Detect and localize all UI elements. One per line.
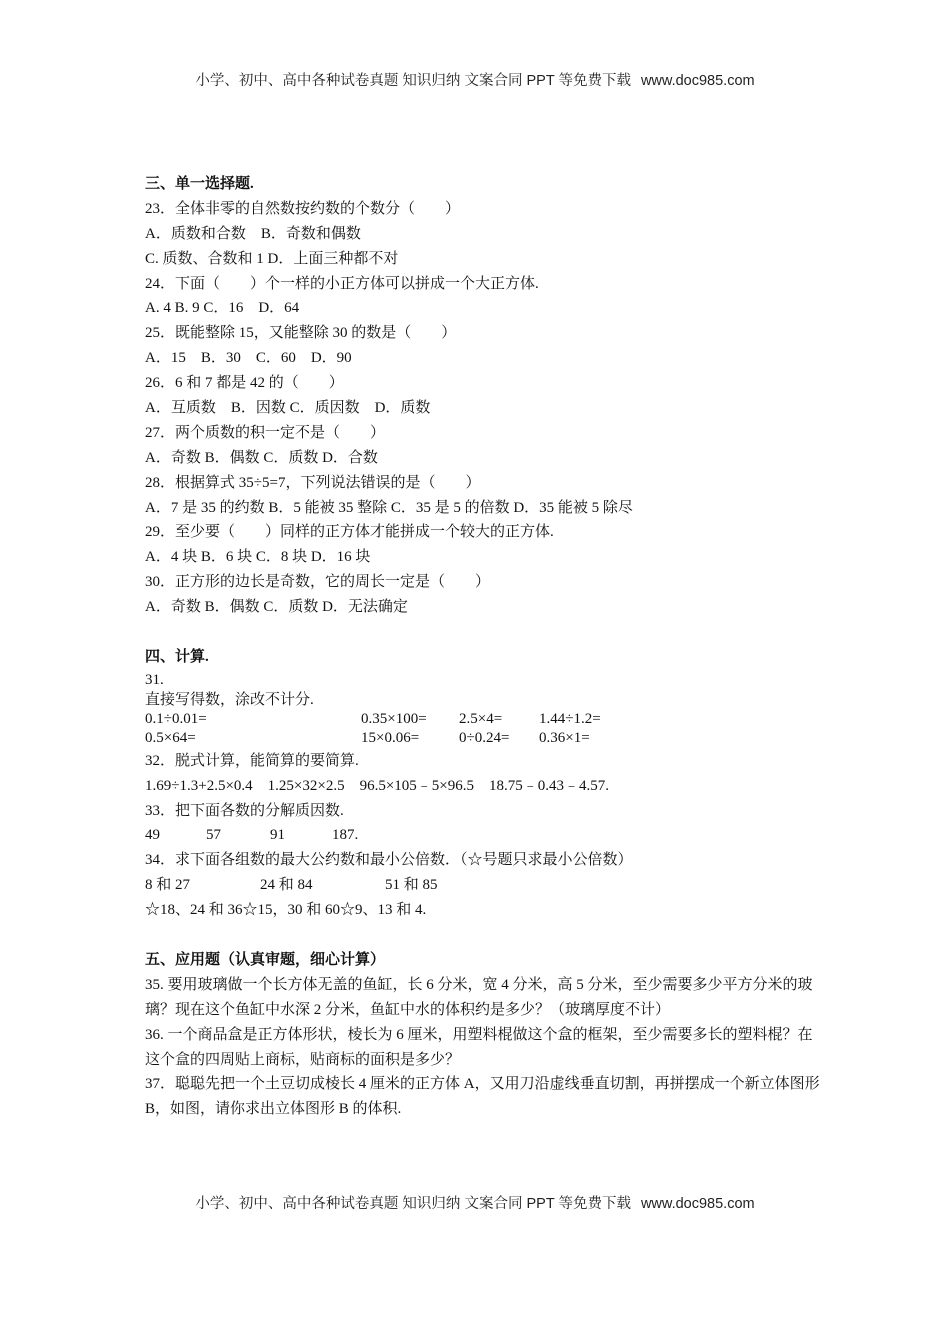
question-35: 35. 要用玻璃做一个长方体无盖的鱼缸，长 6 分米，宽 4 分米，高 5 分米… [145, 973, 825, 1023]
header-text: 小学、初中、高中各种试卷真题 知识归纳 文案合同 PPT 等免费下载 [195, 73, 631, 89]
pair-item: 8 和 27 [145, 873, 260, 898]
question-26-options: A．互质数 B．因数 C．质因数 D．质数 [145, 396, 825, 421]
section-title-choice: 三、单一选择题. [145, 172, 825, 197]
spacer [145, 620, 825, 645]
footer-text: 小学、初中、高中各种试卷真题 知识归纳 文案合同 PPT 等免费下载 [195, 1196, 631, 1212]
calc-row-1: 0.1÷0.01= 0.35×100= 2.5×4= 1.44÷1.2= [145, 710, 825, 730]
calc-item: 15×0.06= [361, 729, 459, 749]
question-34-star-line: ☆18、24 和 36☆15，30 和 60☆9、13 和 4. [145, 898, 825, 923]
question-34-pairs: 8 和 2724 和 8451 和 85 [145, 873, 825, 898]
section-title-calc: 四、计算. [145, 645, 825, 670]
question-26: 26．6 和 7 都是 42 的（ ） [145, 371, 825, 396]
question-29: 29．至少要（ ）同样的正方体才能拼成一个较大的正方体. [145, 520, 825, 545]
page-header: 小学、初中、高中各种试卷真题 知识归纳 文案合同 PPT 等免费下载www.do… [0, 69, 950, 90]
question-30: 30．正方形的边长是奇数，它的周长一定是（ ） [145, 570, 825, 595]
question-28: 28．根据算式 35÷5=7，下列说法错误的是（ ） [145, 471, 825, 496]
question-27-options: A．奇数 B．偶数 C．质数 D．合数 [145, 446, 825, 471]
section-title-application: 五、应用题（认真审题，细心计算） [145, 948, 825, 973]
question-31-number: 31. [145, 670, 825, 690]
calc-item: 0÷0.24= [459, 729, 539, 749]
question-24-options: A. 4 B. 9 C．16 D．64 [145, 296, 825, 321]
question-24: 24．下面（ ）个一样的小正方体可以拼成一个大正方体. [145, 272, 825, 297]
calc-item: 0.1÷0.01= [145, 710, 361, 730]
calc-item: 0.36×1= [539, 729, 629, 749]
question-25: 25．既能整除 15，又能整除 30 的数是（ ） [145, 321, 825, 346]
question-36: 36. 一个商品盒是正方体形状，棱长为 6 厘米，用塑料棍做这个盒的框架，至少需… [145, 1023, 825, 1073]
question-29-options: A．4 块 B．6 块 C．8 块 D．16 块 [145, 545, 825, 570]
header-site: www.doc985.com [641, 73, 755, 89]
calc-item: 2.5×4= [459, 710, 539, 730]
question-23-options-1: A．质数和合数 B．奇数和偶数 [145, 222, 825, 247]
question-37: 37．聪聪先把一个土豆切成棱长 4 厘米的正方体 A，又用刀沿虚线垂直切割，再拼… [145, 1072, 825, 1122]
footer-site: www.doc985.com [641, 1196, 755, 1212]
number-item: 187. [332, 823, 358, 848]
calc-item: 1.44÷1.2= [539, 710, 629, 730]
question-33: 33．把下面各数的分解质因数. [145, 799, 825, 824]
calc-item: 0.35×100= [361, 710, 459, 730]
document-body: 三、单一选择题. 23．全体非零的自然数按约数的个数分（ ） A．质数和合数 B… [145, 172, 825, 1122]
calc-item: 0.5×64= [145, 729, 361, 749]
question-33-numbers: 495791187. [145, 823, 825, 848]
question-25-options: A．15 B．30 C．60 D．90 [145, 346, 825, 371]
number-item: 57 [206, 823, 270, 848]
page-footer: 小学、初中、高中各种试卷真题 知识归纳 文案合同 PPT 等免费下载www.do… [0, 1192, 950, 1213]
question-32: 32．脱式计算，能简算的要简算. [145, 749, 825, 774]
question-31-instruction: 直接写得数，涂改不计分. [145, 690, 825, 710]
spacer [145, 923, 825, 948]
question-28-options: A．7 是 35 的约数 B．5 能被 35 整除 C．35 是 5 的倍数 D… [145, 496, 825, 521]
question-34: 34．求下面各组数的最大公约数和最小公倍数．（☆号题只求最小公倍数） [145, 848, 825, 873]
question-27: 27．两个质数的积一定不是（ ） [145, 421, 825, 446]
pair-item: 51 和 85 [385, 873, 438, 898]
calc-row-2: 0.5×64= 15×0.06= 0÷0.24= 0.36×1= [145, 729, 825, 749]
number-item: 49 [145, 823, 206, 848]
question-30-options: A．奇数 B．偶数 C．质数 D．无法确定 [145, 595, 825, 620]
number-item: 91 [270, 823, 332, 848]
question-23: 23．全体非零的自然数按约数的个数分（ ） [145, 197, 825, 222]
question-32-expressions: 1.69÷1.3+2.5×0.4 1.25×32×2.5 96.5×105﹣5×… [145, 774, 825, 799]
pair-item: 24 和 84 [260, 873, 385, 898]
question-23-options-2: C. 质数、合数和 1 D．上面三种都不对 [145, 247, 825, 272]
